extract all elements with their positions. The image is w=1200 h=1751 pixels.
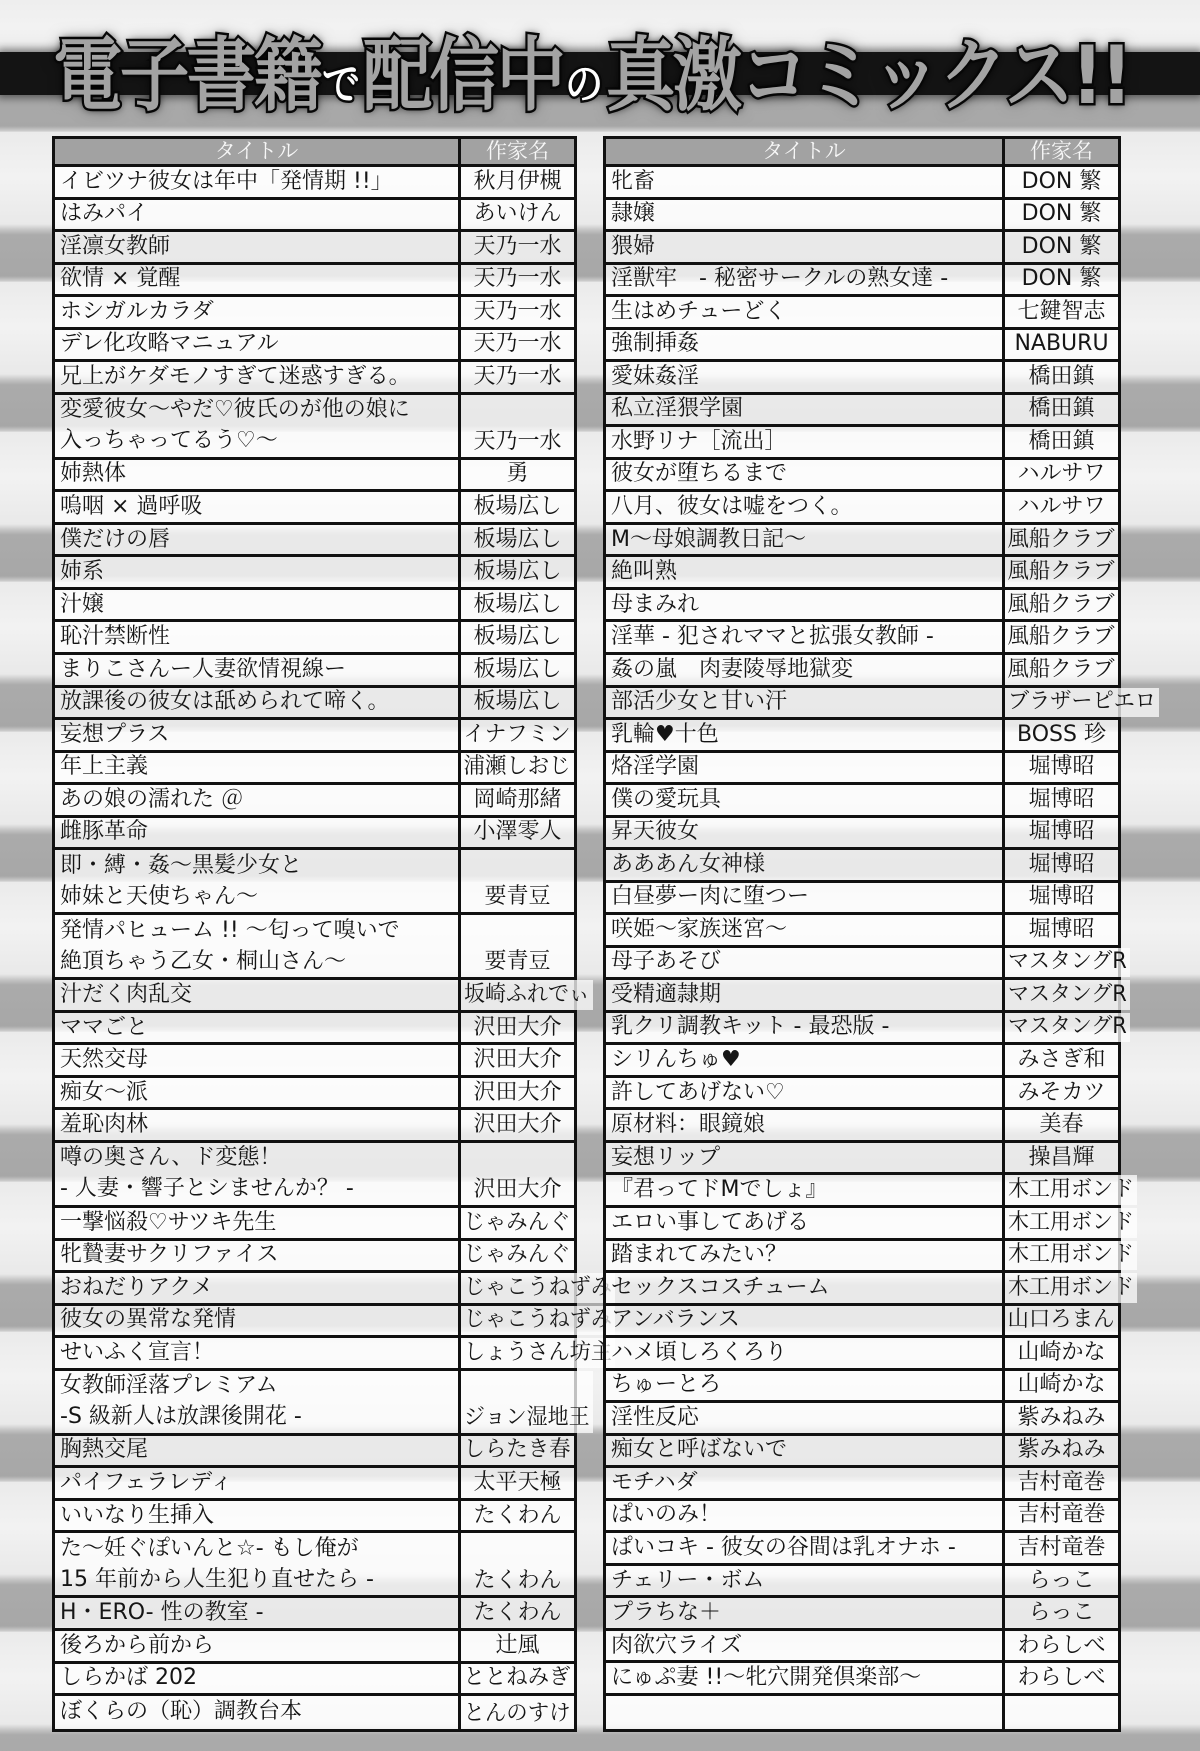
title-text: た～妊ぐぽいんと☆- もし俺が (60, 1537, 359, 1561)
table-row: イビツナ彼女は年中「発情期 !!」秋月伊槻 (55, 167, 574, 200)
author-slot: らっこ (1005, 1566, 1118, 1596)
title-text: まりこさんー人妻欲情視線ー (60, 658, 346, 682)
author-cell: 板場広し (461, 557, 574, 587)
title-line-wrap: 受精適隷期 (611, 980, 1002, 1010)
table-row: 咲姫～家族迷宮～堀博昭 (606, 915, 1118, 948)
author-name: マスタングR (1008, 950, 1127, 974)
author-cell: らっこ (1005, 1566, 1118, 1596)
title-text: 痴女～派 (60, 1081, 148, 1105)
author-name: 山崎かな (1017, 1373, 1105, 1397)
author-name: 板場広し (473, 560, 561, 584)
title-line-wrap: 私立淫猥学園 (611, 395, 1002, 425)
author-slot: 要青豆 (461, 948, 574, 978)
title-cell: 母子あそび (606, 948, 1005, 978)
table-row: 私立淫猥学園橋田鎮 (606, 395, 1118, 428)
author-name: 勇 (506, 462, 528, 486)
author-cell: ハルサワ (1005, 492, 1118, 522)
author-slot: しょうさん坊主 (461, 1338, 615, 1368)
author-cell: 板場広し (461, 688, 574, 718)
title-text: 彼女の異常な発情 (60, 1308, 236, 1332)
title-cell: ぱいのみ！ (606, 1501, 1005, 1531)
title-line-wrap: 痴女～派 (60, 1078, 458, 1108)
author-slot: 板場広し (461, 525, 574, 555)
title-text: 僕の愛玩具 (611, 788, 721, 812)
title-text: プラちな＋ (611, 1601, 721, 1625)
table-row: 噂の奥さん、ド変態！- 人妻・響子とシませんか？ -沢田大介 (55, 1143, 574, 1208)
title-cell: 踏まれてみたい？ (606, 1241, 1005, 1271)
author-slot: 太平天極 (461, 1468, 574, 1498)
title-cell: 牝畜 (606, 167, 1005, 197)
title-line-wrap: 烙淫学園 (611, 753, 1002, 783)
title-cell: ちゅーとろ (606, 1371, 1005, 1401)
author-slot: 美春 (1005, 1110, 1118, 1140)
title-cell: 即・縛・姦～黒髪少女と姉妹と天使ちゃん～ (55, 850, 461, 912)
author-cell: 板場広し (461, 655, 574, 685)
author-cell: 堀博昭 (1005, 883, 1118, 913)
title-cell: 水野リナ［流出］ (606, 427, 1005, 457)
author-cell: 板場広し (461, 590, 574, 620)
title-text: 私立淫猥学園 (611, 397, 743, 421)
title-cell: イビツナ彼女は年中「発情期 !!」 (55, 167, 461, 197)
title-cell: ぱいコキ - 彼女の谷間は乳オナホ - (606, 1533, 1005, 1563)
title-text: 母まみれ (611, 593, 699, 617)
title-text: 入っちゃってるう♡～ (60, 429, 278, 453)
title-text: 一撃悩殺♡サツキ先生 (60, 1211, 276, 1235)
table-row: 強制挿姦NABURU (606, 330, 1118, 363)
title-cell: ホシガルカラダ (55, 297, 461, 327)
column-header-author: 作家名 (1005, 139, 1118, 164)
author-cell: みさぎ和 (1005, 1045, 1118, 1075)
author-slot: 風船クラブ (1005, 590, 1118, 620)
title-line-wrap: H・ERO- 性の教室 - (60, 1598, 458, 1628)
title-text: 彼女が堕ちるまで (611, 462, 787, 486)
author-slot: たくわん (461, 1566, 574, 1596)
author-slot: 天乃一水 (461, 265, 574, 295)
title-line-wrap: 羞恥肉林 (60, 1110, 458, 1140)
title-line-wrap: 牝畜 (611, 167, 1002, 197)
table-row: 姦の嵐 肉妻陵辱地獄変風船クラブ (606, 655, 1118, 688)
author-name: しょうさん坊主 (464, 1341, 612, 1365)
title-line-wrap: 汁嬢 (60, 590, 458, 620)
author-slot: みさぎ和 (1005, 1045, 1118, 1075)
title-text: 痴女と呼ばないで (611, 1438, 787, 1462)
title-line-wrap: 絶頂ちゃう乙女・桐山さん～ (60, 946, 458, 977)
author-cell: じゃこうねずみ (461, 1306, 615, 1336)
table-row: 白昼夢ー肉に堕つー堀博昭 (606, 883, 1118, 916)
title-text: あああん女神様 (611, 853, 765, 877)
title-line-wrap: 彼女が堕ちるまで (611, 460, 1002, 490)
title-cell: チェリー・ボム (606, 1566, 1005, 1596)
title-cell: 肉欲穴ライズ (606, 1631, 1005, 1661)
title-line-wrap: 淫凛女教師 (60, 232, 458, 262)
author-cell: マスタングR (1005, 1013, 1130, 1043)
title-cell: 淫凛女教師 (55, 232, 461, 262)
title-line-wrap: ママごと (60, 1013, 458, 1043)
title-cell: た～妊ぐぽいんと☆- もし俺が15 年前から人生犯り直せたら - (55, 1533, 461, 1595)
title-cell: 姉熱体 (55, 460, 461, 490)
author-name: 天乃一水 (473, 365, 561, 389)
table-row: M～母娘調教日記～風船クラブ (606, 525, 1118, 558)
author-cell: 太平天極 (461, 1468, 574, 1498)
author-slot: 沢田大介 (461, 1110, 574, 1140)
author-slot: 風船クラブ (1005, 655, 1118, 685)
author-slot: DON 繁 (1005, 232, 1118, 262)
title-cell: プラちな＋ (606, 1598, 1005, 1628)
title-line-wrap: 淫性反応 (611, 1403, 1002, 1433)
author-slot: DON 繁 (1005, 265, 1118, 295)
title-text: 年上主義 (60, 755, 148, 779)
title-cell: 僕だけの唇 (55, 525, 461, 555)
author-slot: 七鍵智志 (1005, 297, 1118, 327)
title-cell: 噂の奥さん、ド変態！- 人妻・響子とシませんか？ - (55, 1143, 461, 1205)
author-slot: わらしべ (1005, 1631, 1118, 1661)
table-row: アンバランス山口ろまん (606, 1306, 1118, 1339)
author-name: 板場広し (473, 495, 561, 519)
table-row: しらかば 202ととねみぎ (55, 1664, 574, 1697)
title-line-wrap: 白昼夢ー肉に堕つー (611, 883, 1002, 913)
author-slot: じゃみんぐ (461, 1241, 574, 1271)
author-cell: 板場広し (461, 492, 574, 522)
author-name: 山口ろまん (1008, 1308, 1115, 1332)
author-cell: ジョン湿地王 (461, 1371, 593, 1433)
banner-title-particle: の (565, 63, 603, 107)
title-line-wrap: アンバランス (611, 1306, 1002, 1336)
title-text: 絶叫熟 (611, 560, 677, 584)
table-row: セックスコスチューム木工用ボンド (606, 1273, 1118, 1306)
table-row: 母子あそびマスタングR (606, 948, 1118, 981)
author-slot: わらしべ (1005, 1663, 1118, 1693)
table-row: 踏まれてみたい？木工用ボンド (606, 1241, 1118, 1274)
table-row: 羞恥肉林沢田大介 (55, 1110, 574, 1143)
author-name: 沢田大介 (473, 1081, 561, 1105)
title-cell: セックスコスチューム (606, 1273, 1005, 1303)
title-line-wrap: 牝贄妻サクリファイス (60, 1241, 458, 1271)
author-name: DON 繁 (1022, 267, 1102, 291)
title-text: シリんちゅ♥ (611, 1048, 741, 1072)
title-text: 水野リナ［流出］ (611, 430, 787, 454)
author-slot: じゃこうねずみ (461, 1306, 615, 1336)
title-cell: デレ化攻略マニュアル (55, 330, 461, 360)
table-row: 一撃悩殺♡サツキ先生じゃみんぐ (55, 1208, 574, 1241)
author-slot: 堀博昭 (1005, 915, 1118, 945)
title-text: -S 級新人は放課後開花 - (60, 1405, 302, 1429)
author-name: 沢田大介 (473, 1016, 561, 1040)
title-cell: 姉系 (55, 557, 461, 587)
title-cell: 女教師淫落プレミアム-S 級新人は放課後開花 - (55, 1371, 461, 1433)
author-name: 紫みねみ (1017, 1406, 1105, 1430)
title-line-wrap: 欲情 × 覚醒 (60, 265, 458, 295)
title-text: あの娘の濡れた ＠ (60, 788, 243, 812)
title-line-wrap: 発情パヒューム !! ～匂って嗅いで (60, 915, 458, 946)
title-text: 兄上がケダモノすぎて迷惑すぎる。 (60, 365, 411, 389)
author-slot: 木工用ボンド (1005, 1175, 1137, 1205)
table-body: イビツナ彼女は年中「発情期 !!」秋月伊槻はみパイあいけん淫凛女教師天乃一水欲情… (55, 167, 574, 1729)
author-slot: 板場広し (461, 590, 574, 620)
table-row: 痴女と呼ばないで紫みねみ (606, 1436, 1118, 1469)
title-line-wrap: 入っちゃってるう♡～ (60, 426, 458, 457)
table-row: 恥汁禁断性板場広し (55, 622, 574, 655)
title-cell: モチハダ (606, 1468, 1005, 1498)
title-cell: 羞恥肉林 (55, 1110, 461, 1140)
author-name: らっこ (1028, 1601, 1094, 1625)
title-line-wrap: 昇天彼女 (611, 818, 1002, 848)
author-name: 天乃一水 (473, 332, 561, 356)
title-cell: 汁嬢 (55, 590, 461, 620)
title-text: 咲姫～家族迷宮～ (611, 918, 787, 942)
author-cell: 板場広し (461, 622, 574, 652)
author-cell: 風船クラブ (1005, 622, 1118, 652)
title-text: 淫獣牢 - 秘密サークルの熟女達 - (611, 267, 948, 291)
author-slot: 天乃一水 (461, 297, 574, 327)
title-line-wrap: 『君ってドMでしょ』 (611, 1175, 1002, 1205)
author-cell: DON 繁 (1005, 167, 1118, 197)
author-cell: 堀博昭 (1005, 915, 1118, 945)
author-cell: イナフミン (461, 720, 574, 750)
title-cell: 年上主義 (55, 753, 461, 783)
title-cell: 発情パヒューム !! ～匂って嗅いで絶頂ちゃう乙女・桐山さん～ (55, 915, 461, 977)
author-slot: 橋田鎮 (1005, 427, 1118, 457)
table-row: 淫華 - 犯されママと拡張女教師 -風船クラブ (606, 622, 1118, 655)
author-cell: 美春 (1005, 1110, 1118, 1140)
author-cell: 天乃一水 (461, 232, 574, 262)
title-cell: 『君ってドMでしょ』 (606, 1175, 1005, 1205)
table-row: 肉欲穴ライズわらしべ (606, 1631, 1118, 1664)
table-row: 放課後の彼女は舐められて啼く。板場広し (55, 688, 574, 721)
title-text: 姉熱体 (60, 462, 126, 486)
title-cell: にゅぷ妻 !!～牝穴開発倶楽部～ (606, 1663, 1005, 1693)
title-text: 姉妹と天使ちゃん～ (60, 885, 258, 909)
author-name: 木工用ボンド (1008, 1276, 1134, 1300)
table-row: 妄想リップ操昌輝 (606, 1143, 1118, 1176)
table-row: あああん女神様堀博昭 (606, 850, 1118, 883)
author-cell: たくわん (461, 1533, 574, 1595)
table-row: エロい事してあげる木工用ボンド (606, 1208, 1118, 1241)
title-line-wrap: あの娘の濡れた ＠ (60, 785, 458, 815)
table-row: 変愛彼女～やだ♡彼氏のが他の娘に入っちゃってるう♡～天乃一水 (55, 395, 574, 460)
author-name: 堀博昭 (1028, 755, 1094, 779)
title-text: 白昼夢ー肉に堕つー (611, 885, 809, 909)
table-row: ハメ頃しろくろり山崎かな (606, 1338, 1118, 1371)
title-cell: 兄上がケダモノすぎて迷惑すぎる。 (55, 362, 461, 392)
title-line-wrap: 15 年前から人生犯り直せたら - (60, 1564, 458, 1595)
title-line-wrap: - 人妻・響子とシませんか？ - (60, 1174, 458, 1205)
title-cell: 咲姫～家族迷宮～ (606, 915, 1005, 945)
title-text: 15 年前から人生犯り直せたら - (60, 1568, 374, 1592)
table-row: 即・縛・姦～黒髪少女と姉妹と天使ちゃん～要青豆 (55, 850, 574, 915)
author-cell: 紫みねみ (1005, 1436, 1118, 1466)
author-slot: マスタングR (1005, 1013, 1130, 1043)
title-line-wrap: おねだりアクメ (60, 1273, 458, 1303)
author-slot: 要青豆 (461, 883, 574, 913)
author-name: 堀博昭 (1028, 820, 1094, 844)
author-slot: 紫みねみ (1005, 1403, 1118, 1433)
title-line-wrap: 姉妹と天使ちゃん～ (60, 881, 458, 912)
author-name: 浦瀬しおじ (464, 755, 571, 779)
title-text: - 人妻・響子とシませんか？ - (60, 1177, 354, 1201)
title-text: 嗚咽 × 過呼吸 (60, 495, 202, 519)
title-line-wrap: にゅぷ妻 !!～牝穴開発倶楽部～ (611, 1663, 1002, 1693)
author-name: たくわん (473, 1601, 561, 1625)
author-slot: 吉村竜巻 (1005, 1501, 1118, 1531)
title-cell: 許してあげない♡ (606, 1078, 1005, 1108)
title-line-wrap: 妄想リップ (611, 1143, 1002, 1173)
author-cell: DON 繁 (1005, 200, 1118, 230)
table-row: 女教師淫落プレミアム-S 級新人は放課後開花 -ジョン湿地王 (55, 1371, 574, 1436)
title-cell: ハメ頃しろくろり (606, 1338, 1005, 1368)
author-name: 板場広し (473, 593, 561, 617)
title-cell: 淫華 - 犯されママと拡張女教師 - (606, 622, 1005, 652)
author-cell: 木工用ボンド (1005, 1273, 1137, 1303)
title-line-wrap: 胸熱交尾 (60, 1436, 458, 1466)
author-cell: 橋田鎮 (1005, 427, 1118, 457)
title-cell: 胸熱交尾 (55, 1436, 461, 1466)
title-text: 姦の嵐 肉妻陵辱地獄変 (611, 658, 853, 682)
table-row: モチハダ吉村竜巻 (606, 1468, 1118, 1501)
title-cell: 八月、彼女は嘘をつく。 (606, 492, 1005, 522)
title-cell: 原材料：眼鏡娘 (606, 1110, 1005, 1140)
comics-table-left: タイトル 作家名 イビツナ彼女は年中「発情期 !!」秋月伊槻はみパイあいけん淫凛… (52, 136, 577, 1732)
author-slot: 山崎かな (1005, 1338, 1118, 1368)
title-line-wrap: まりこさんー人妻欲情視線ー (60, 655, 458, 685)
title-line-wrap: 嗚咽 × 過呼吸 (60, 492, 458, 522)
table-row: はみパイあいけん (55, 200, 574, 233)
title-line-wrap: 汁だく肉乱交 (60, 980, 458, 1010)
author-slot: 板場広し (461, 557, 574, 587)
author-slot: 浦瀬しおじ (461, 753, 574, 783)
title-text: 胸熱交尾 (60, 1438, 148, 1462)
title-text: 八月、彼女は嘘をつく。 (611, 495, 853, 519)
title-text: 乳輪♥十色 (611, 723, 719, 747)
title-text: 淫性反応 (611, 1406, 699, 1430)
author-slot: 板場広し (461, 655, 574, 685)
author-name: マスタングR (1008, 983, 1127, 1007)
table-header-row: タイトル 作家名 (606, 139, 1118, 167)
title-line-wrap: 原材料：眼鏡娘 (611, 1110, 1002, 1140)
author-slot: じゃみんぐ (461, 1208, 574, 1238)
author-cell: じゃみんぐ (461, 1208, 574, 1238)
author-name: ハルサワ (1017, 462, 1105, 486)
author-slot: マスタングR (1005, 948, 1130, 978)
author-slot: 木工用ボンド (1005, 1273, 1137, 1303)
author-cell: 坂崎ふれでぃ (461, 980, 593, 1010)
author-name: ととねみぎ (464, 1666, 571, 1690)
table-row: 年上主義浦瀬しおじ (55, 753, 574, 786)
title-line-wrap: 八月、彼女は嘘をつく。 (611, 492, 1002, 522)
title-cell: 嗚咽 × 過呼吸 (55, 492, 461, 522)
author-cell: ととねみぎ (461, 1664, 574, 1694)
title-line-wrap: 年上主義 (60, 753, 458, 783)
table-row: 昇天彼女堀博昭 (606, 818, 1118, 851)
column-header-author: 作家名 (461, 139, 574, 164)
table-row: プラちな＋らっこ (606, 1598, 1118, 1631)
title-line-wrap: 妄想プラス (60, 720, 458, 750)
title-line-wrap: エロい事してあげる (611, 1208, 1002, 1238)
title-line-wrap: 痴女と呼ばないで (611, 1436, 1002, 1466)
title-line-wrap: あああん女神様 (611, 850, 1002, 880)
title-text: H・ERO- 性の教室 - (60, 1601, 264, 1625)
author-name: 堀博昭 (1028, 853, 1094, 877)
author-slot: 秋月伊槻 (461, 167, 574, 197)
title-cell: パイフェラレディ (55, 1468, 461, 1498)
author-name: 沢田大介 (473, 1113, 561, 1137)
title-line-wrap: ぱいのみ！ (611, 1501, 1002, 1531)
author-cell: 山口ろまん (1005, 1306, 1118, 1336)
author-slot: 沢田大介 (461, 1013, 574, 1043)
title-cell (606, 1696, 1005, 1729)
table-row: ちゅーとろ山崎かな (606, 1371, 1118, 1404)
author-name: あいけん (473, 202, 561, 226)
title-text: ぱいのみ！ (611, 1503, 721, 1527)
title-text: 羞恥肉林 (60, 1113, 148, 1137)
table-row: 欲情 × 覚醒天乃一水 (55, 265, 574, 298)
title-text: ホシガルカラダ (60, 300, 214, 324)
author-cell: 紫みねみ (1005, 1403, 1118, 1433)
author-name: BOSS 珍 (1017, 723, 1106, 747)
author-cell: たくわん (461, 1501, 574, 1531)
title-cell: まりこさんー人妻欲情視線ー (55, 655, 461, 685)
banner-title-segment: 真激コミックス (606, 36, 1072, 116)
author-slot (1005, 1699, 1118, 1729)
table-row: ぱいのみ！吉村竜巻 (606, 1501, 1118, 1534)
title-text: 牝畜 (611, 170, 655, 194)
author-slot: 板場広し (461, 688, 574, 718)
author-cell: 堀博昭 (1005, 850, 1118, 880)
author-slot: 堀博昭 (1005, 818, 1118, 848)
author-name: DON 繁 (1022, 202, 1102, 226)
table-row: 受精適隷期マスタングR (606, 980, 1118, 1013)
title-line-wrap: 母子あそび (611, 948, 1002, 978)
title-line-wrap: パイフェラレディ (60, 1468, 458, 1498)
title-line-wrap: 天然交母 (60, 1045, 458, 1075)
title-line-wrap: 乳クリ調教キット - 最恐版 - (611, 1013, 1002, 1043)
author-slot: マスタングR (1005, 980, 1130, 1010)
author-cell: 操昌輝 (1005, 1143, 1118, 1173)
table-row: ぼくらの（恥）調教台本とんのすけ (55, 1696, 574, 1729)
author-name: 要青豆 (484, 885, 550, 909)
title-text: 女教師淫落プレミアム (60, 1374, 278, 1398)
title-cell: 汁だく肉乱交 (55, 980, 461, 1010)
table-row: いいなり生挿入たくわん (55, 1501, 574, 1534)
table-row: 乳クリ調教キット - 最恐版 -マスタングR (606, 1013, 1118, 1046)
author-name: 板場広し (473, 690, 561, 714)
title-cell: 痴女と呼ばないで (606, 1436, 1005, 1466)
author-cell: 吉村竜巻 (1005, 1533, 1118, 1563)
title-line-wrap: モチハダ (611, 1468, 1002, 1498)
author-cell: 風船クラブ (1005, 590, 1118, 620)
title-cell: 牝贄妻サクリファイス (55, 1241, 461, 1271)
table-row: あの娘の濡れた ＠岡崎那緒 (55, 785, 574, 818)
author-slot: ハルサワ (1005, 492, 1118, 522)
title-text: モチハダ (611, 1471, 698, 1495)
title-text: にゅぷ妻 !!～牝穴開発倶楽部～ (611, 1666, 921, 1690)
title-line-wrap: 隷嬢 (611, 200, 1002, 230)
title-line-wrap: せいふく宣言！ (60, 1338, 458, 1368)
title-cell: ぼくらの（恥）調教台本 (55, 1696, 461, 1729)
title-cell: 雌豚革命 (55, 818, 461, 848)
author-slot: 橋田鎮 (1005, 395, 1118, 425)
banner-title-segment: 電子書籍 (53, 36, 320, 116)
title-cell: 愛妹姦淫 (606, 362, 1005, 392)
author-name: 板場広し (473, 658, 561, 682)
author-slot: 天乃一水 (461, 330, 574, 360)
author-cell: ブラザーピエロ (1005, 688, 1159, 718)
author-cell: 要青豆 (461, 915, 574, 977)
title-line-wrap: 絶叫熟 (611, 557, 1002, 587)
author-slot: 吉村竜巻 (1005, 1533, 1118, 1563)
title-cell: 僕の愛玩具 (606, 785, 1005, 815)
table-row: 僕の愛玩具堀博昭 (606, 785, 1118, 818)
author-cell: 板場広し (461, 525, 574, 555)
